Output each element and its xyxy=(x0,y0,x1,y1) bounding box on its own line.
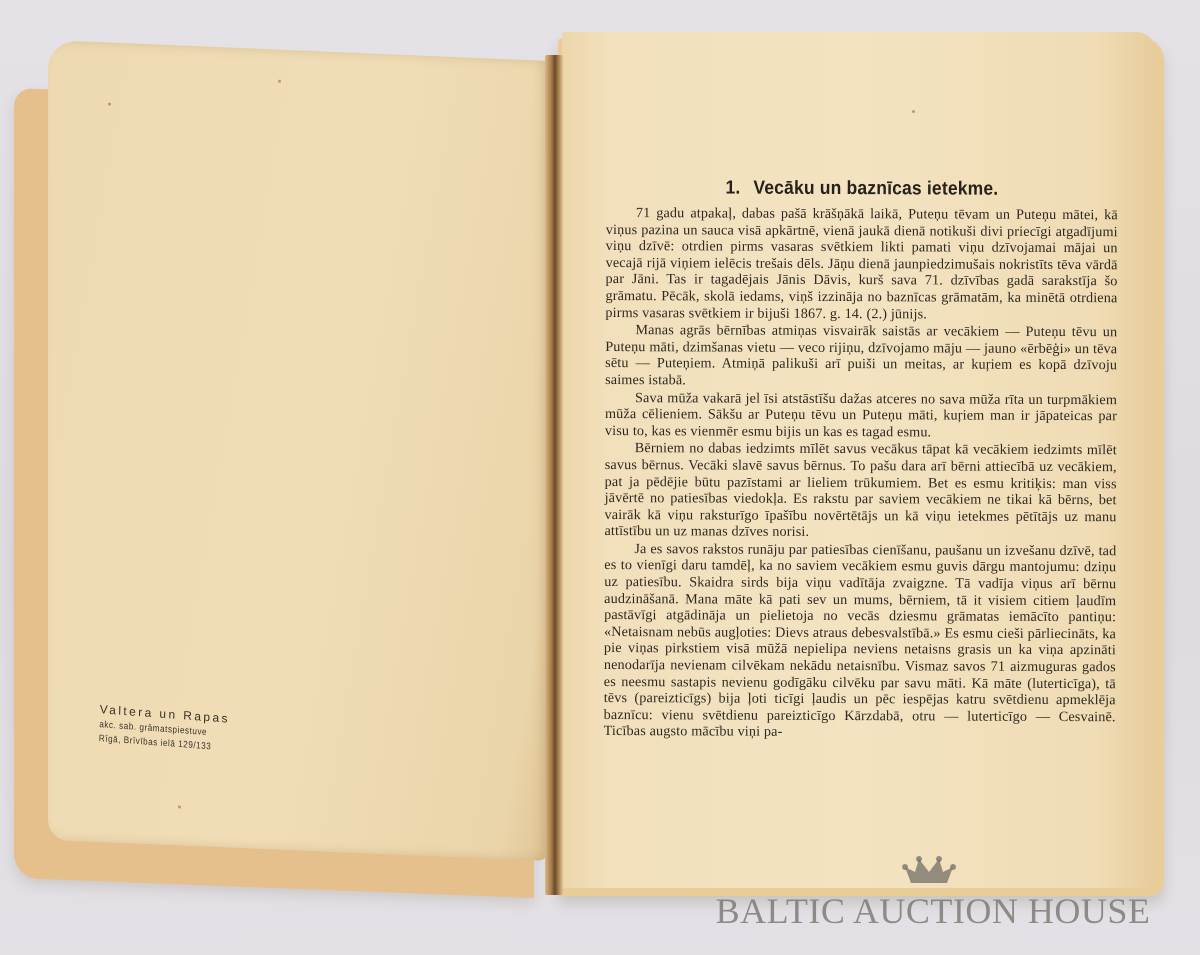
paragraph: Manas agrās bērnības atmiņas visvairāk s… xyxy=(605,322,1117,391)
paper-spot xyxy=(912,110,915,113)
paragraph: Bērniem no dabas iedzimts mīlēt savus ve… xyxy=(604,440,1116,542)
chapter-number: 1. xyxy=(726,178,741,199)
book-photo: Valtera un Rapas akc. sab. grāmatspiestu… xyxy=(0,0,1200,955)
paragraph: Ja es savos rakstos runāju par patiesība… xyxy=(604,541,1117,742)
paragraph: 71 gadu atpakaļ, dabas pašā krāšņākā lai… xyxy=(605,205,1118,323)
paper-spot xyxy=(108,103,111,106)
paper-spot xyxy=(278,80,281,83)
paragraph: Sava mūža vakarā jel īsi atstāstīšu daža… xyxy=(605,390,1117,442)
watermark-text: BALTIC AUCTION HOUSE xyxy=(688,890,1178,932)
chapter-heading: 1.Vecāku un baznīcas ietekme. xyxy=(626,177,1097,201)
left-page: Valtera un Rapas akc. sab. grāmatspiestu… xyxy=(48,40,548,861)
watermark: BALTIC AUCTION HOUSE xyxy=(688,856,1178,932)
book-spine-gutter xyxy=(545,55,563,895)
paper-spot xyxy=(178,805,181,808)
chapter-title: Vecāku un baznīcas ietekme. xyxy=(753,178,998,200)
right-page: 1.Vecāku un baznīcas ietekme. 71 gadu at… xyxy=(562,32,1156,888)
crown-icon xyxy=(901,856,957,884)
chapter-content: 1.Vecāku un baznīcas ietekme. 71 gadu at… xyxy=(604,177,1118,743)
printer-imprint: Valtera un Rapas akc. sab. grāmatspiestu… xyxy=(99,702,231,754)
